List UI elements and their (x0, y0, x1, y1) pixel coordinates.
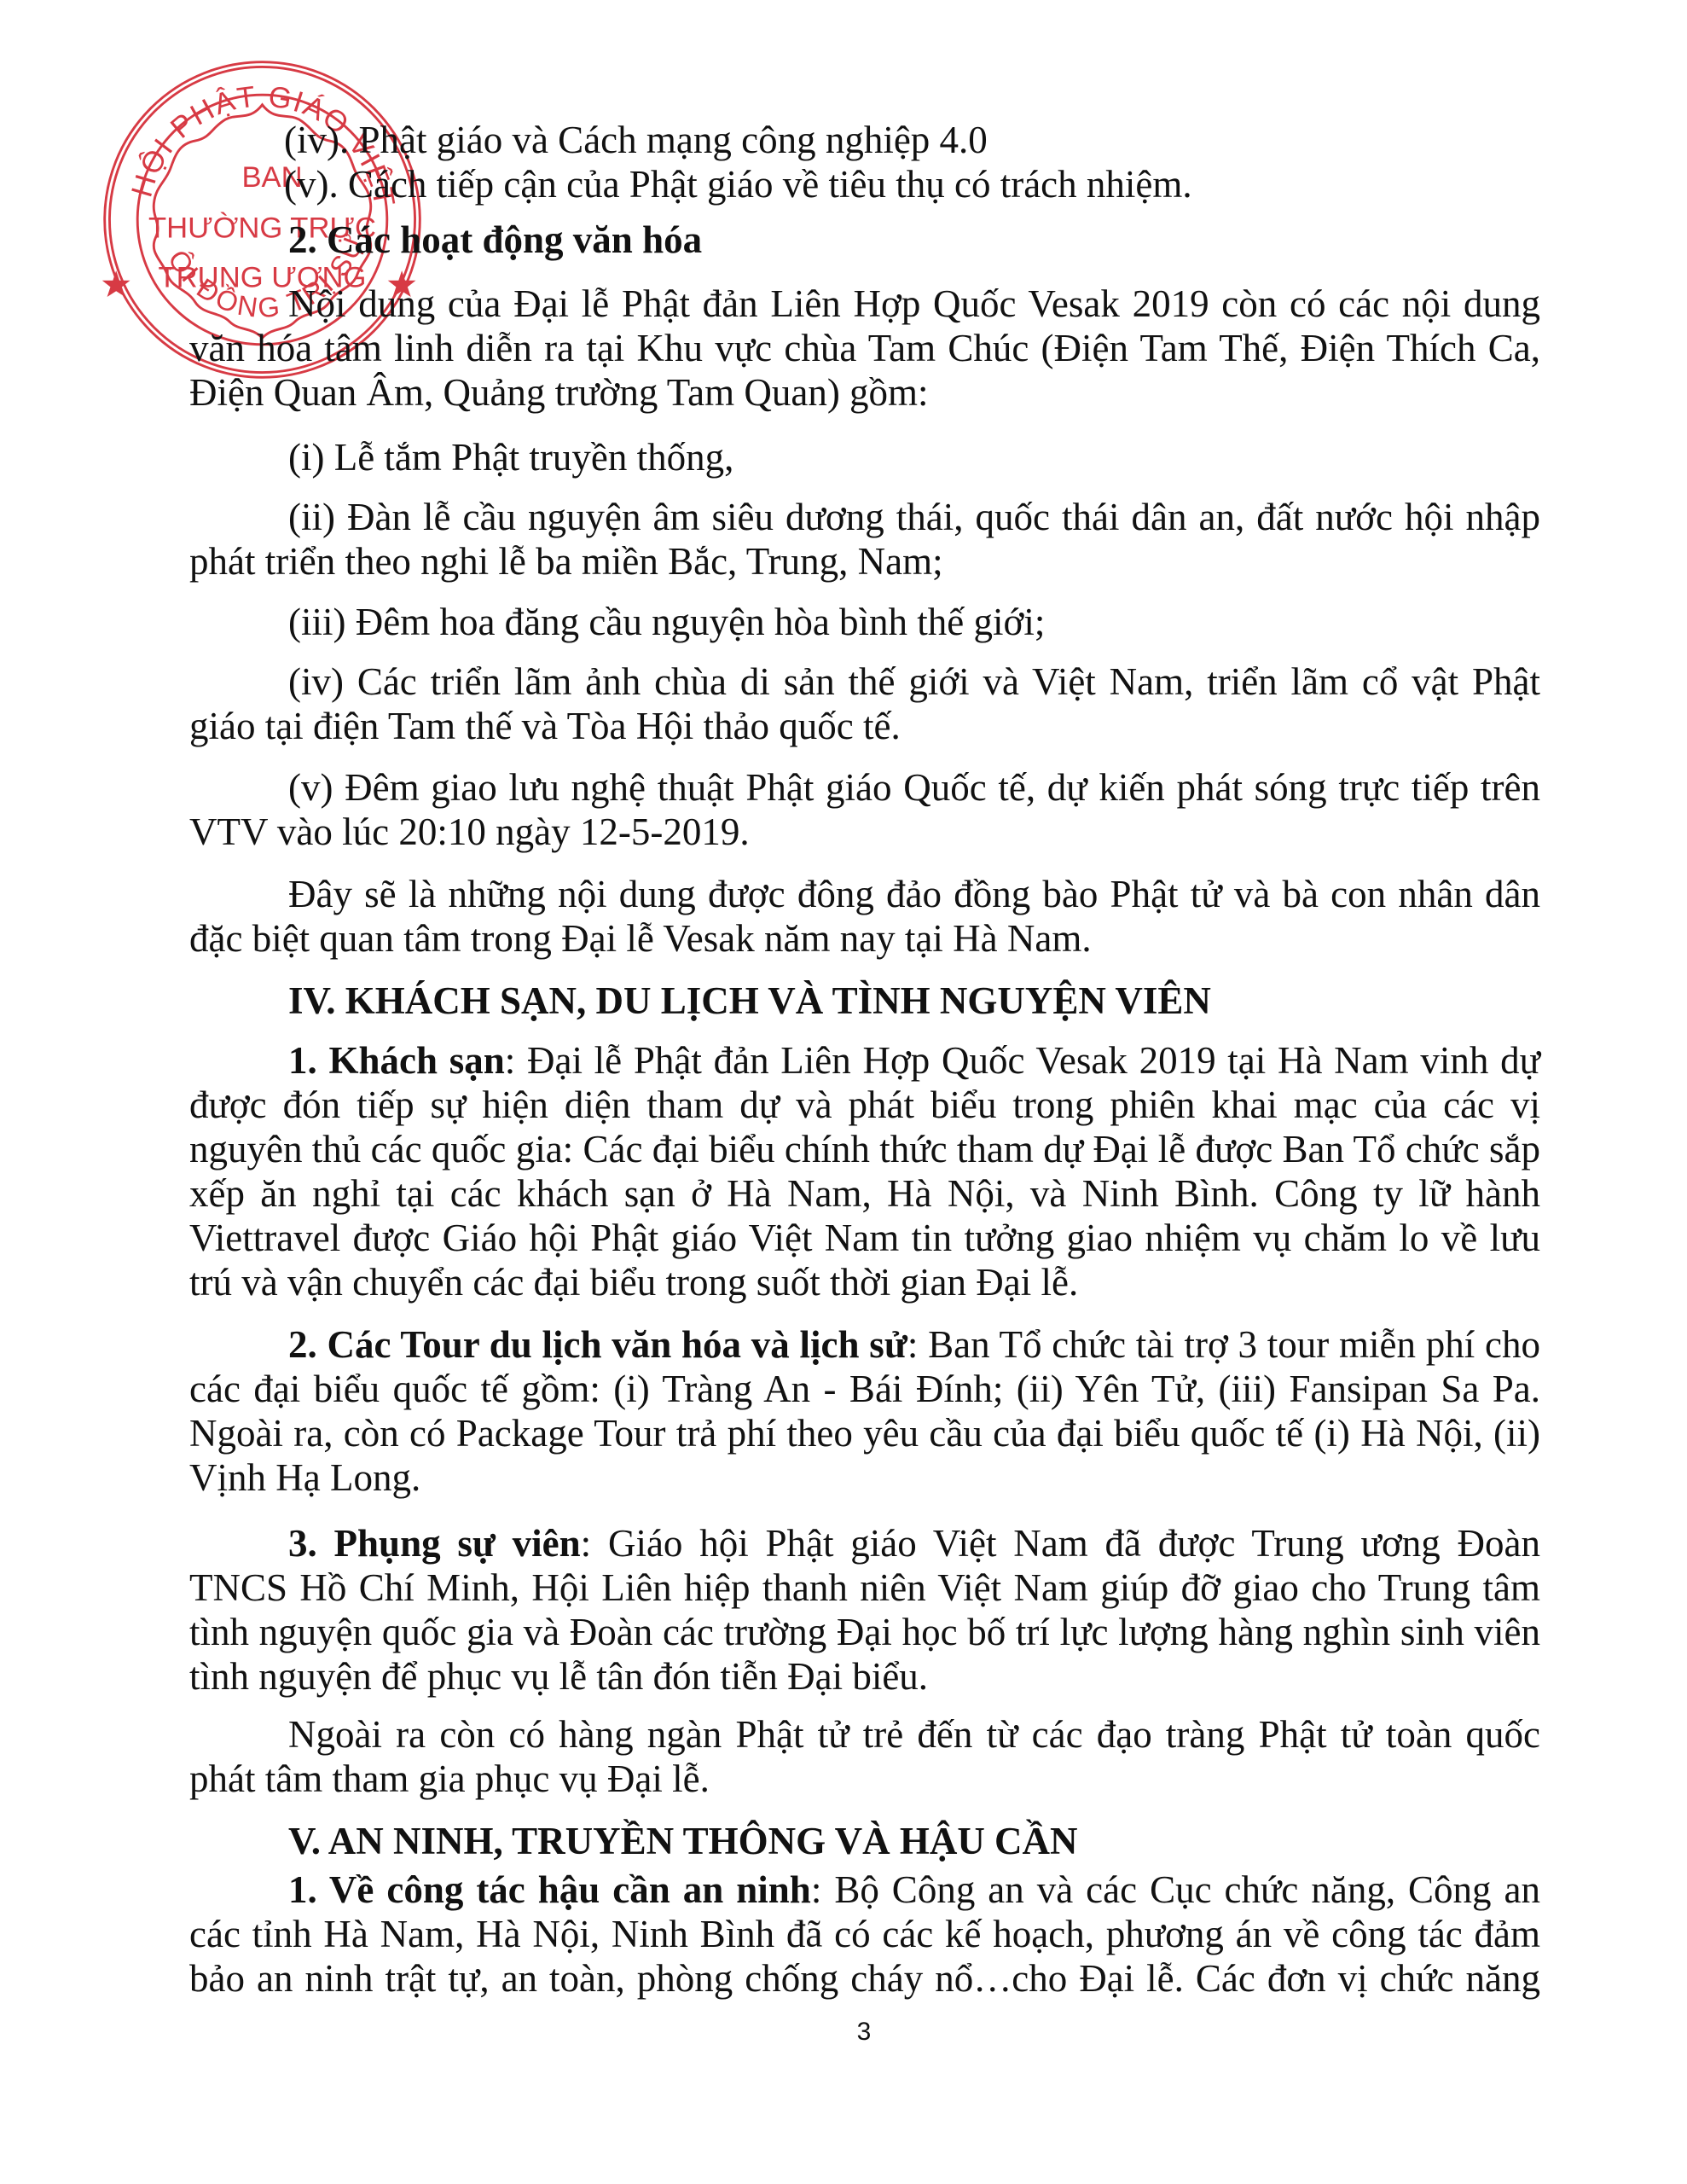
culture-item-1: (i) Lễ tắm Phật truyền thống, (189, 435, 1540, 479)
list-item-responsible-consumption: (v). Cách tiếp cận của Phật giáo về tiêu… (189, 162, 1540, 206)
culture-item-2: (ii) Đàn lễ cầu nguyện âm siêu dương thá… (189, 495, 1540, 584)
star-icon (102, 270, 130, 297)
paragraph-security: 1. Về công tác hậu cần an ninh: Bộ Công … (189, 1867, 1540, 2001)
heading-section-iv: IV. KHÁCH SẠN, DU LỊCH VÀ TÌNH NGUYỆN VI… (189, 979, 1540, 1023)
paragraph-culture-closing: Đây sẽ là những nội dung được đông đảo đ… (189, 872, 1540, 961)
heading-section-v: V. AN NINH, TRUYỀN THÔNG VÀ HẬU CẦN (189, 1819, 1540, 1863)
list-item-industry-4: (iv). Phật giáo và Cách mạng công nghiệp… (189, 118, 1540, 162)
culture-item-5: (v) Đêm giao lưu nghệ thuật Phật giáo Qu… (189, 765, 1540, 854)
document-page: GIÁO HỘI PHẬT GIÁO VIỆT NAM HỘI ĐỒNG TRỊ… (0, 0, 1687, 2184)
paragraph-volunteers: 3. Phụng sự viên: Giáo hội Phật giáo Việ… (189, 1521, 1540, 1699)
hotels-label: 1. Khách sạn (288, 1039, 505, 1082)
paragraph-culture-intro: Nội dung của Đại lễ Phật đản Liên Hợp Qu… (189, 282, 1540, 415)
paragraph-tours: 2. Các Tour du lịch văn hóa và lịch sử: … (189, 1322, 1540, 1500)
culture-item-3: (iii) Đêm hoa đăng cầu nguyện hòa bình t… (189, 600, 1540, 644)
page-number: 3 (0, 2018, 1687, 2047)
culture-item-4: (iv) Các triển lãm ảnh chùa di sản thế g… (189, 659, 1540, 748)
tours-label: 2. Các Tour du lịch văn hóa và lịch sử (288, 1323, 907, 1366)
paragraph-young-buddhists: Ngoài ra còn có hàng ngàn Phật tử trẻ đế… (189, 1712, 1540, 1801)
volunteers-label: 3. Phụng sự viên (288, 1522, 581, 1565)
security-label: 1. Về công tác hậu cần an ninh (288, 1868, 811, 1911)
heading-cultural-activities: 2. Các hoạt động văn hóa (189, 218, 1540, 262)
paragraph-hotels: 1. Khách sạn: Đại lễ Phật đản Liên Hợp Q… (189, 1038, 1540, 1304)
